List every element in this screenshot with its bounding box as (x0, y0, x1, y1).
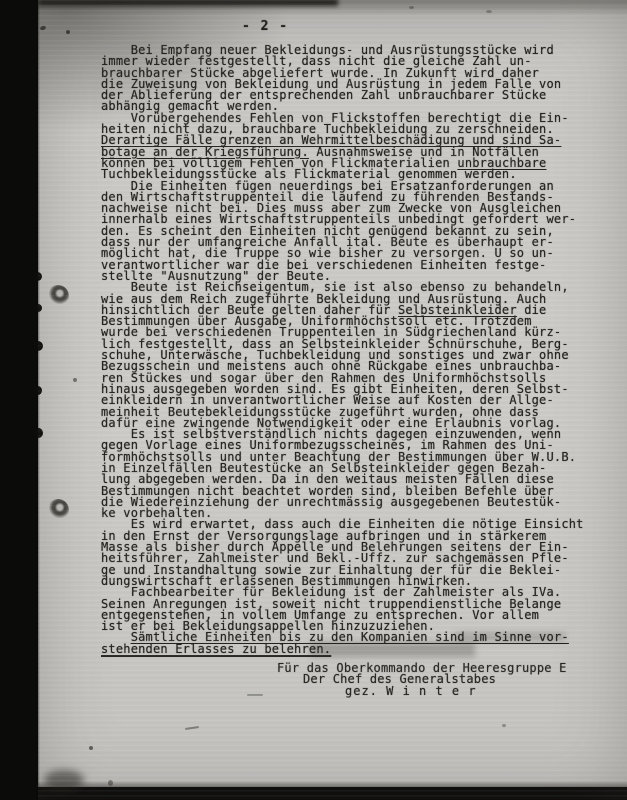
scan-mark (247, 694, 263, 696)
punch-hole-top (47, 285, 69, 307)
scan-speck (502, 724, 506, 727)
scanned-document-page: - 2 - Bei Empfang neuer Bekleidungs- und… (0, 0, 627, 800)
scan-mark (185, 726, 199, 730)
scan-speck (89, 746, 93, 750)
binding-edge-bump (33, 341, 43, 351)
scan-blot-bottom-left (44, 770, 84, 790)
scan-speck (486, 10, 492, 13)
text-line: stehenden Erlasses zu belehren. (101, 644, 584, 655)
binding-shadow-left (0, 0, 38, 800)
page-number: - 2 - (242, 19, 289, 34)
scan-speck (409, 6, 414, 9)
binding-edge-bump (34, 386, 42, 395)
signature-line: gez. W i n t e r (345, 686, 567, 697)
scan-speck (66, 30, 70, 34)
binding-edge-bump (34, 428, 43, 438)
scan-speck (73, 378, 77, 382)
scan-dark-streak-top (38, 0, 338, 6)
punch-hole-bottom (47, 499, 69, 521)
scan-speck (39, 25, 46, 31)
scan-speck (108, 780, 113, 786)
binding-edge-bump (33, 272, 42, 281)
signature-block: Für das Oberkommando der Heeresgruppe ED… (277, 663, 567, 697)
binding-edge-bump (34, 304, 42, 312)
scan-border-bottom (36, 787, 627, 800)
document-body: Bei Empfang neuer Bekleidungs- und Ausrü… (101, 45, 584, 655)
